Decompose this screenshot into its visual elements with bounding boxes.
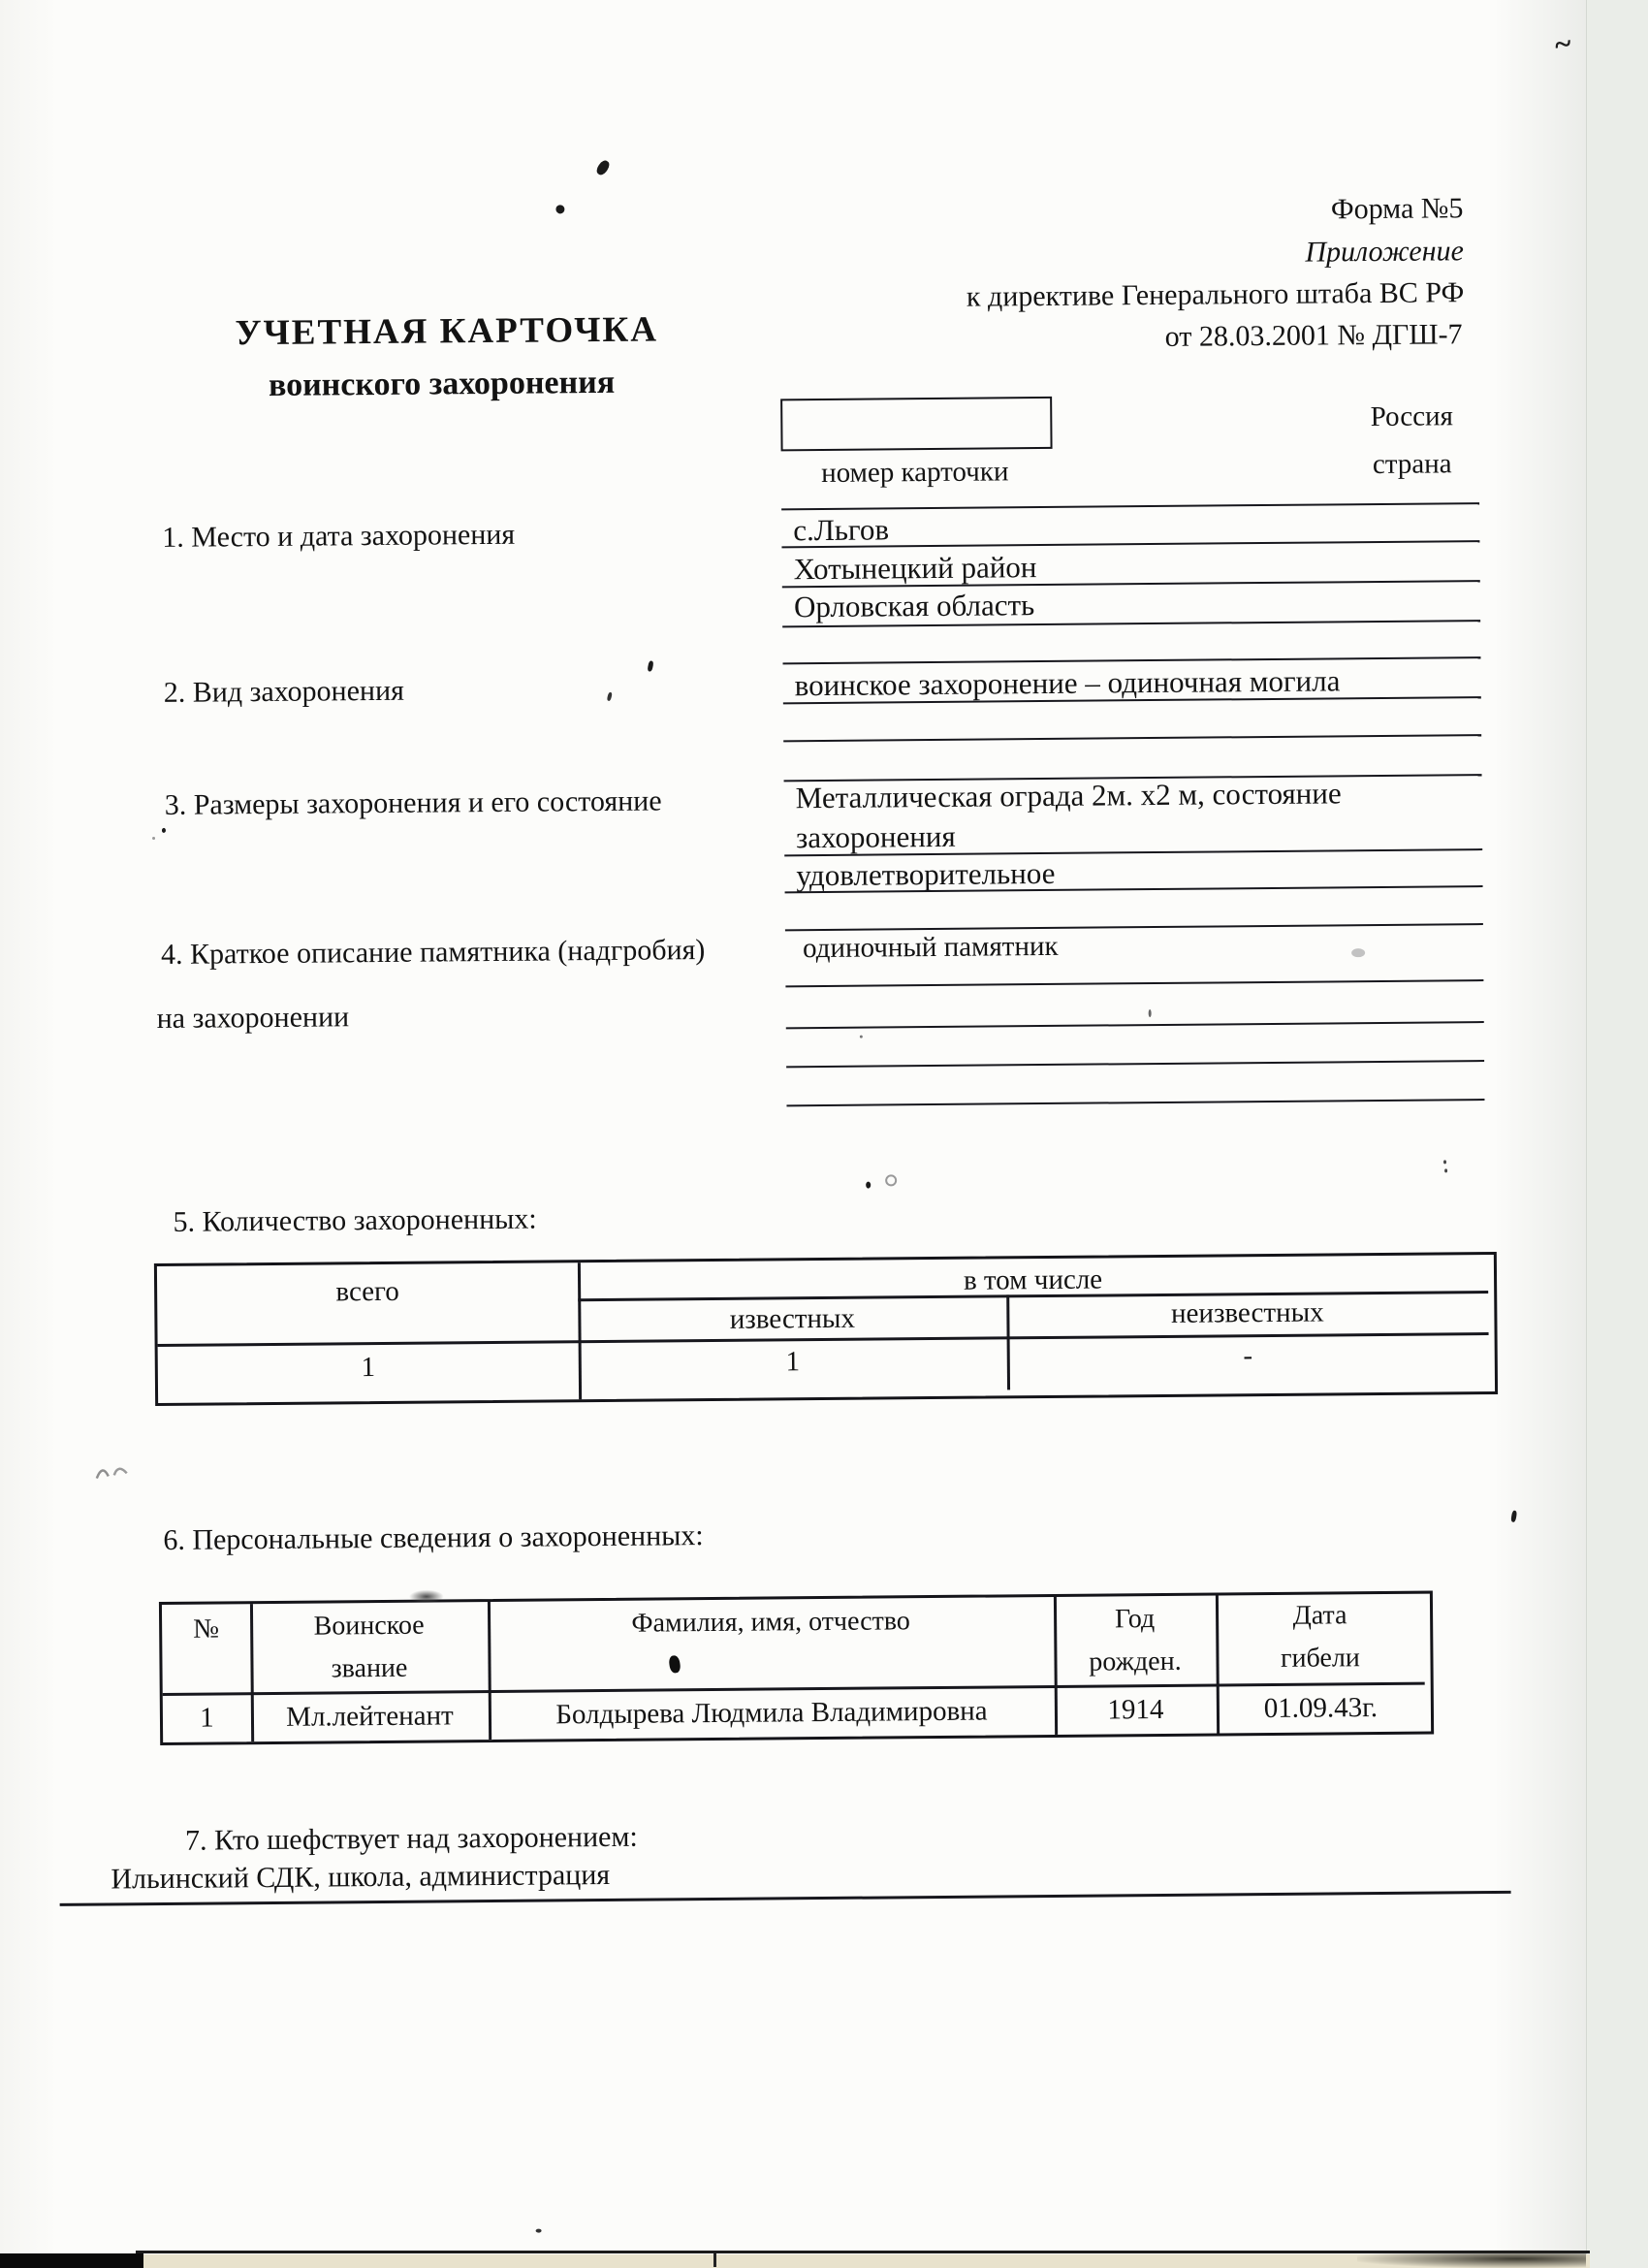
field-3-value-2: удовлетворительное <box>796 857 1055 893</box>
section6-title: 6. Персональные сведения о захороненных: <box>163 1519 704 1556</box>
field-1-value-2: Орловская область <box>794 589 1034 624</box>
col-header-death-line1: Дата <box>1216 1600 1424 1632</box>
header-annex: Приложение <box>1305 235 1464 269</box>
answer-line <box>786 1021 1484 1029</box>
col-header-death-line2: гибели <box>1216 1643 1424 1675</box>
ink-speck <box>1444 1168 1447 1172</box>
field-4-label-cont: на захоронении <box>157 1001 350 1035</box>
field-1-value-1: Хотынецкий район <box>794 551 1037 587</box>
field-2-label: 2. Вид захоронения <box>164 675 404 710</box>
field-3-value-0: Металлическая ограда 2м. х2 м, состояние <box>796 777 1342 815</box>
card-number-label: номер карточки <box>781 456 1049 490</box>
section7-value: Ильинский СДК, школа, администрация <box>111 1859 610 1896</box>
row-cell-rank: Мл.лейтенант <box>251 1700 489 1734</box>
country-label: страна <box>1356 448 1469 480</box>
burial-count-table: всего в том числе известных неизвестных … <box>154 1252 1498 1406</box>
ink-speck <box>162 828 166 833</box>
header-form-number: Форма №5 <box>1331 192 1464 226</box>
col-header-birth-line2: рожден. <box>1054 1645 1216 1677</box>
col-header-total: всего <box>157 1274 578 1309</box>
country-value: Россия <box>1355 400 1468 432</box>
ink-speck <box>555 204 565 214</box>
page-curve-shadow <box>1493 0 1586 2268</box>
answer-line <box>786 1099 1484 1106</box>
ink-smudge <box>409 1589 444 1603</box>
col-header-name: Фамилия, имя, отчество <box>488 1605 1054 1640</box>
page-title-line2: воинского захоронения <box>269 365 615 404</box>
ink-speck <box>647 660 653 672</box>
section5-title: 5. Количество захороненных: <box>173 1203 536 1239</box>
col-header-rank-line1: Воинское <box>250 1610 488 1642</box>
field-2-value-0: воинское захоронение – одиночная могила <box>795 664 1341 703</box>
field-3-value-1: захоронения <box>796 820 956 855</box>
ink-speck <box>1149 1009 1152 1017</box>
unknown-value: - <box>1007 1338 1489 1374</box>
ink-speck <box>1443 1160 1446 1164</box>
ink-speck <box>1351 948 1365 957</box>
field-1-value-0: с.Льгов <box>793 513 889 548</box>
page-title-line1: УЧЕТНАЯ КАРТОЧКА <box>235 309 658 353</box>
ink-speck <box>594 159 611 177</box>
ink-speck <box>713 2253 716 2267</box>
pencil-smudge <box>92 1458 133 1485</box>
answer-line <box>785 979 1483 987</box>
col-header-no: № <box>162 1613 250 1645</box>
answer-line <box>785 923 1483 931</box>
answer-line <box>783 734 1481 742</box>
scanner-bed-right <box>1586 0 1648 2268</box>
row-cell-death: 01.09.43г. <box>1217 1692 1425 1725</box>
row-cell-no: 1 <box>163 1702 251 1734</box>
answer-line <box>781 502 1479 510</box>
answer-line <box>782 656 1480 664</box>
col-header-rank-line2: звание <box>250 1652 488 1684</box>
document-content: Форма №5 Приложение к директиве Генераль… <box>0 0 1648 2268</box>
ink-speck <box>885 1174 897 1186</box>
header-directive-line2: от 28.03.2001 № ДГШ-7 <box>1165 318 1463 353</box>
paper-edge-smudge <box>1357 2250 1586 2268</box>
ink-speck <box>607 692 613 702</box>
field-4-value-0: одиночный памятник <box>803 931 1059 965</box>
section7-title: 7. Кто шефствует над захоронением: <box>185 1821 638 1858</box>
answer-line <box>786 1060 1484 1068</box>
field-4-label: 4. Краткое описание памятника (надгробия… <box>161 934 706 971</box>
ink-speck <box>536 2229 542 2233</box>
ink-speck <box>152 837 155 840</box>
total-value: 1 <box>158 1350 579 1385</box>
row-cell-birth: 1914 <box>1055 1693 1217 1726</box>
field-3-label: 3. Размеры захоронения и его состояние <box>165 784 662 821</box>
field-1-label: 1. Место и дата захоронения <box>162 519 515 555</box>
ink-speck <box>860 1036 863 1038</box>
col-header-known: известных <box>578 1301 1006 1336</box>
personnel-table: № Воинское звание Фамилия, имя, отчество… <box>159 1591 1434 1745</box>
known-value: 1 <box>579 1344 1007 1379</box>
card-number-box <box>780 397 1052 451</box>
scanner-bottom-band <box>0 2254 1590 2268</box>
col-header-unknown: неизвестных <box>1006 1295 1488 1331</box>
scanned-page: Форма №5 Приложение к директиве Генераль… <box>0 0 1648 2268</box>
row-cell-name: Болдырева Людмила Владимировна <box>489 1695 1055 1732</box>
ink-speck <box>866 1182 871 1189</box>
header-directive-line1: к директиве Генерального штаба ВС РФ <box>967 276 1465 313</box>
col-header-birth-line1: Год <box>1054 1603 1216 1635</box>
scanner-bottom-black-corner <box>0 2253 143 2268</box>
